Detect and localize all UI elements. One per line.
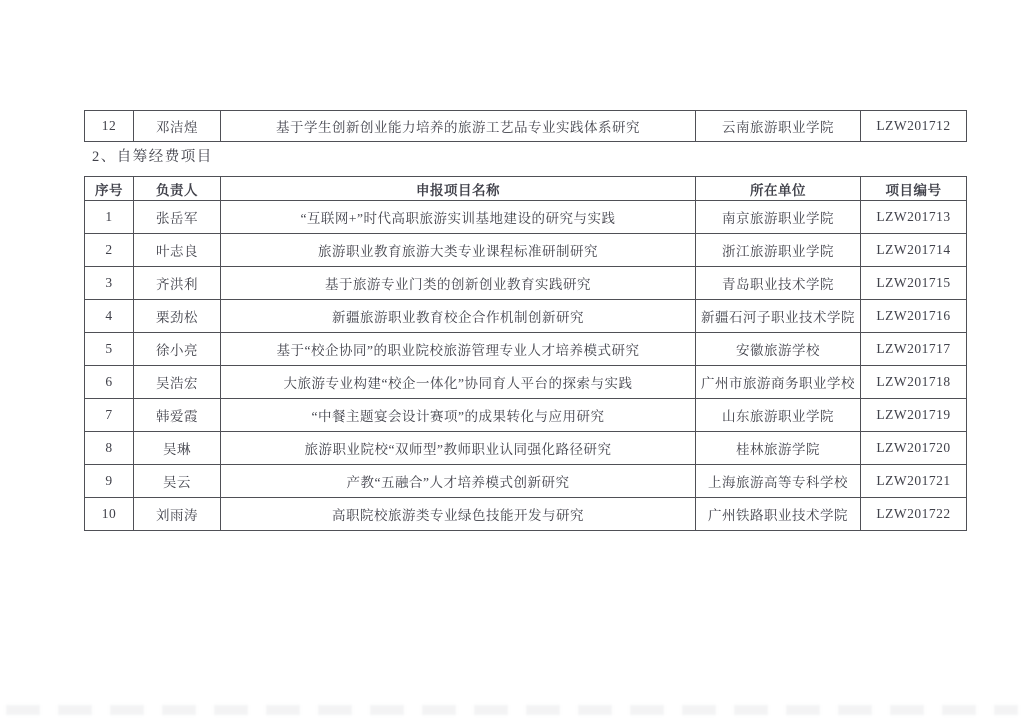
unit-cell: 广州铁路职业技术学院 bbox=[696, 498, 861, 531]
table-header-row: 序号 负责人 申报项目名称 所在单位 项目编号 bbox=[85, 177, 967, 201]
unit-cell: 安徽旅游学校 bbox=[696, 333, 861, 366]
serial-cell: 9 bbox=[85, 465, 134, 498]
project-title-cell: 基于旅游专业门类的创新创业教育实践研究 bbox=[221, 267, 696, 300]
leader-cell: 吴云 bbox=[134, 465, 221, 498]
leader-cell: 徐小亮 bbox=[134, 333, 221, 366]
unit-cell: 山东旅游职业学院 bbox=[696, 399, 861, 432]
project-code-cell: LZW201712 bbox=[861, 111, 967, 142]
table-row: 10 刘雨涛 高职院校旅游类专业绿色技能开发与研究 广州铁路职业技术学院 LZW… bbox=[85, 498, 967, 531]
project-title-cell: 大旅游专业构建“校企一体化”协同育人平台的探索与实践 bbox=[221, 366, 696, 399]
project-title-cell: 旅游职业教育旅游大类专业课程标准研制研究 bbox=[221, 234, 696, 267]
table-row: 7 韩爱霞 “中餐主题宴会设计赛项”的成果转化与应用研究 山东旅游职业学院 LZ… bbox=[85, 399, 967, 432]
project-code-cell: LZW201715 bbox=[861, 267, 967, 300]
self-funded-projects-table: 序号 负责人 申报项目名称 所在单位 项目编号 1 张岳军 “互联网+”时代高职… bbox=[84, 176, 967, 531]
project-code-cell: LZW201718 bbox=[861, 366, 967, 399]
section-heading: 2、自筹经费项目 bbox=[92, 145, 213, 166]
project-title-cell: 新疆旅游职业教育校企合作机制创新研究 bbox=[221, 300, 696, 333]
project-code-cell: LZW201720 bbox=[861, 432, 967, 465]
unit-cell: 上海旅游高等专科学校 bbox=[696, 465, 861, 498]
serial-cell: 3 bbox=[85, 267, 134, 300]
project-title-cell: 基于学生创新创业能力培养的旅游工艺品专业实践体系研究 bbox=[221, 111, 696, 142]
project-title-cell: “中餐主题宴会设计赛项”的成果转化与应用研究 bbox=[221, 399, 696, 432]
table-row: 1 张岳军 “互联网+”时代高职旅游实训基地建设的研究与实践 南京旅游职业学院 … bbox=[85, 201, 967, 234]
leader-cell: 叶志良 bbox=[134, 234, 221, 267]
project-title-cell: 旅游职业院校“双师型”教师职业认同强化路径研究 bbox=[221, 432, 696, 465]
continuation-table: 12 邓洁煌 基于学生创新创业能力培养的旅游工艺品专业实践体系研究 云南旅游职业… bbox=[84, 110, 967, 142]
document-page: 12 邓洁煌 基于学生创新创业能力培养的旅游工艺品专业实践体系研究 云南旅游职业… bbox=[0, 0, 1024, 724]
table-row: 8 吴琳 旅游职业院校“双师型”教师职业认同强化路径研究 桂林旅游学院 LZW2… bbox=[85, 432, 967, 465]
serial-cell: 4 bbox=[85, 300, 134, 333]
table-row: 9 吴云 产教“五融合”人才培养模式创新研究 上海旅游高等专科学校 LZW201… bbox=[85, 465, 967, 498]
leader-cell: 刘雨涛 bbox=[134, 498, 221, 531]
leader-cell: 栗劲松 bbox=[134, 300, 221, 333]
project-title-cell: “互联网+”时代高职旅游实训基地建设的研究与实践 bbox=[221, 201, 696, 234]
project-title-cell: 基于“校企协同”的职业院校旅游管理专业人才培养模式研究 bbox=[221, 333, 696, 366]
table-row: 2 叶志良 旅游职业教育旅游大类专业课程标准研制研究 浙江旅游职业学院 LZW2… bbox=[85, 234, 967, 267]
serial-cell: 5 bbox=[85, 333, 134, 366]
unit-cell: 南京旅游职业学院 bbox=[696, 201, 861, 234]
unit-cell: 浙江旅游职业学院 bbox=[696, 234, 861, 267]
table-row: 3 齐洪利 基于旅游专业门类的创新创业教育实践研究 青岛职业技术学院 LZW20… bbox=[85, 267, 967, 300]
serial-cell: 1 bbox=[85, 201, 134, 234]
project-code-cell: LZW201722 bbox=[861, 498, 967, 531]
serial-cell: 12 bbox=[85, 111, 134, 142]
serial-cell: 10 bbox=[85, 498, 134, 531]
serial-cell: 6 bbox=[85, 366, 134, 399]
project-code-cell: LZW201717 bbox=[861, 333, 967, 366]
project-code-cell: LZW201721 bbox=[861, 465, 967, 498]
table-row: 12 邓洁煌 基于学生创新创业能力培养的旅游工艺品专业实践体系研究 云南旅游职业… bbox=[85, 111, 967, 142]
col-header-serial: 序号 bbox=[85, 177, 134, 201]
scan-artifact bbox=[6, 705, 1018, 715]
table-row: 6 吴浩宏 大旅游专业构建“校企一体化”协同育人平台的探索与实践 广州市旅游商务… bbox=[85, 366, 967, 399]
serial-cell: 8 bbox=[85, 432, 134, 465]
unit-cell: 新疆石河子职业技术学院 bbox=[696, 300, 861, 333]
table-row: 5 徐小亮 基于“校企协同”的职业院校旅游管理专业人才培养模式研究 安徽旅游学校… bbox=[85, 333, 967, 366]
leader-cell: 张岳军 bbox=[134, 201, 221, 234]
leader-cell: 吴浩宏 bbox=[134, 366, 221, 399]
table-row: 4 栗劲松 新疆旅游职业教育校企合作机制创新研究 新疆石河子职业技术学院 LZW… bbox=[85, 300, 967, 333]
col-header-code: 项目编号 bbox=[861, 177, 967, 201]
project-code-cell: LZW201714 bbox=[861, 234, 967, 267]
unit-cell: 桂林旅游学院 bbox=[696, 432, 861, 465]
leader-cell: 吴琳 bbox=[134, 432, 221, 465]
project-code-cell: LZW201719 bbox=[861, 399, 967, 432]
serial-cell: 2 bbox=[85, 234, 134, 267]
col-header-title: 申报项目名称 bbox=[221, 177, 696, 201]
unit-cell: 青岛职业技术学院 bbox=[696, 267, 861, 300]
serial-cell: 7 bbox=[85, 399, 134, 432]
leader-cell: 韩爱霞 bbox=[134, 399, 221, 432]
project-title-cell: 产教“五融合”人才培养模式创新研究 bbox=[221, 465, 696, 498]
leader-cell: 齐洪利 bbox=[134, 267, 221, 300]
unit-cell: 广州市旅游商务职业学校 bbox=[696, 366, 861, 399]
project-code-cell: LZW201713 bbox=[861, 201, 967, 234]
leader-cell: 邓洁煌 bbox=[134, 111, 221, 142]
col-header-leader: 负责人 bbox=[134, 177, 221, 201]
project-title-cell: 高职院校旅游类专业绿色技能开发与研究 bbox=[221, 498, 696, 531]
unit-cell: 云南旅游职业学院 bbox=[696, 111, 861, 142]
project-code-cell: LZW201716 bbox=[861, 300, 967, 333]
col-header-unit: 所在单位 bbox=[696, 177, 861, 201]
